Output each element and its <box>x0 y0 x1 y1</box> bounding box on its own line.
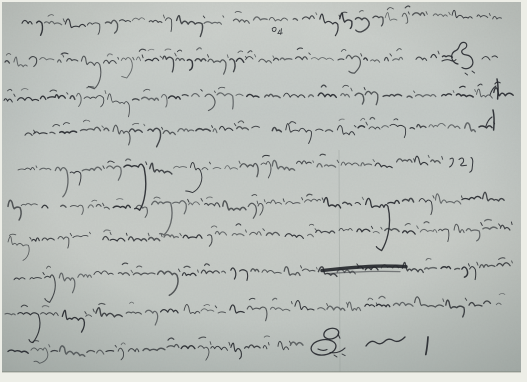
manuscript-photo <box>0 0 527 382</box>
paper-bottom-edge-shadow <box>2 371 521 373</box>
paper-vignette <box>2 2 521 372</box>
manuscript-scan <box>0 0 527 382</box>
